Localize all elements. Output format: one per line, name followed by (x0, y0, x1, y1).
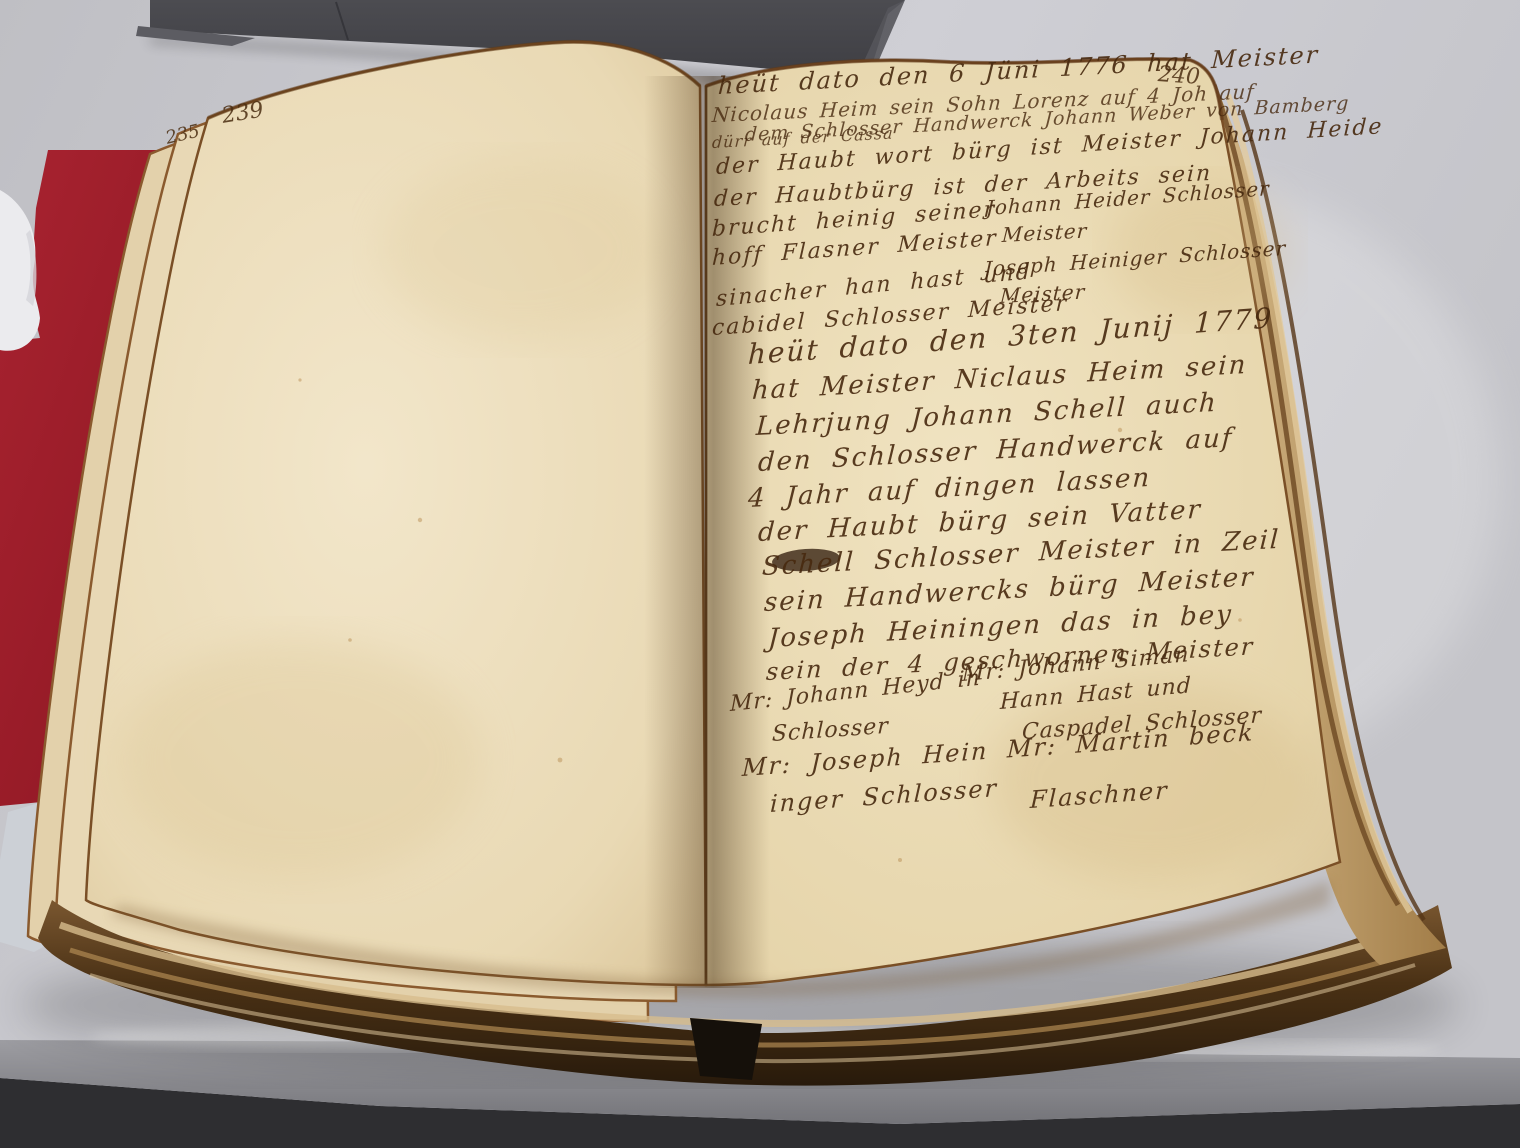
right-page-mottle-2 (1110, 180, 1290, 320)
photo-scene (0, 0, 1520, 1148)
left-page-mottle-1 (120, 640, 480, 880)
left-page-mottle-2 (380, 160, 660, 340)
right-page-mottle-1 (990, 680, 1310, 880)
spine-notch (690, 1018, 762, 1080)
photo-stage: 235 239 240 heüt dato den 6 Jüni 1776 ha… (0, 0, 1520, 1148)
